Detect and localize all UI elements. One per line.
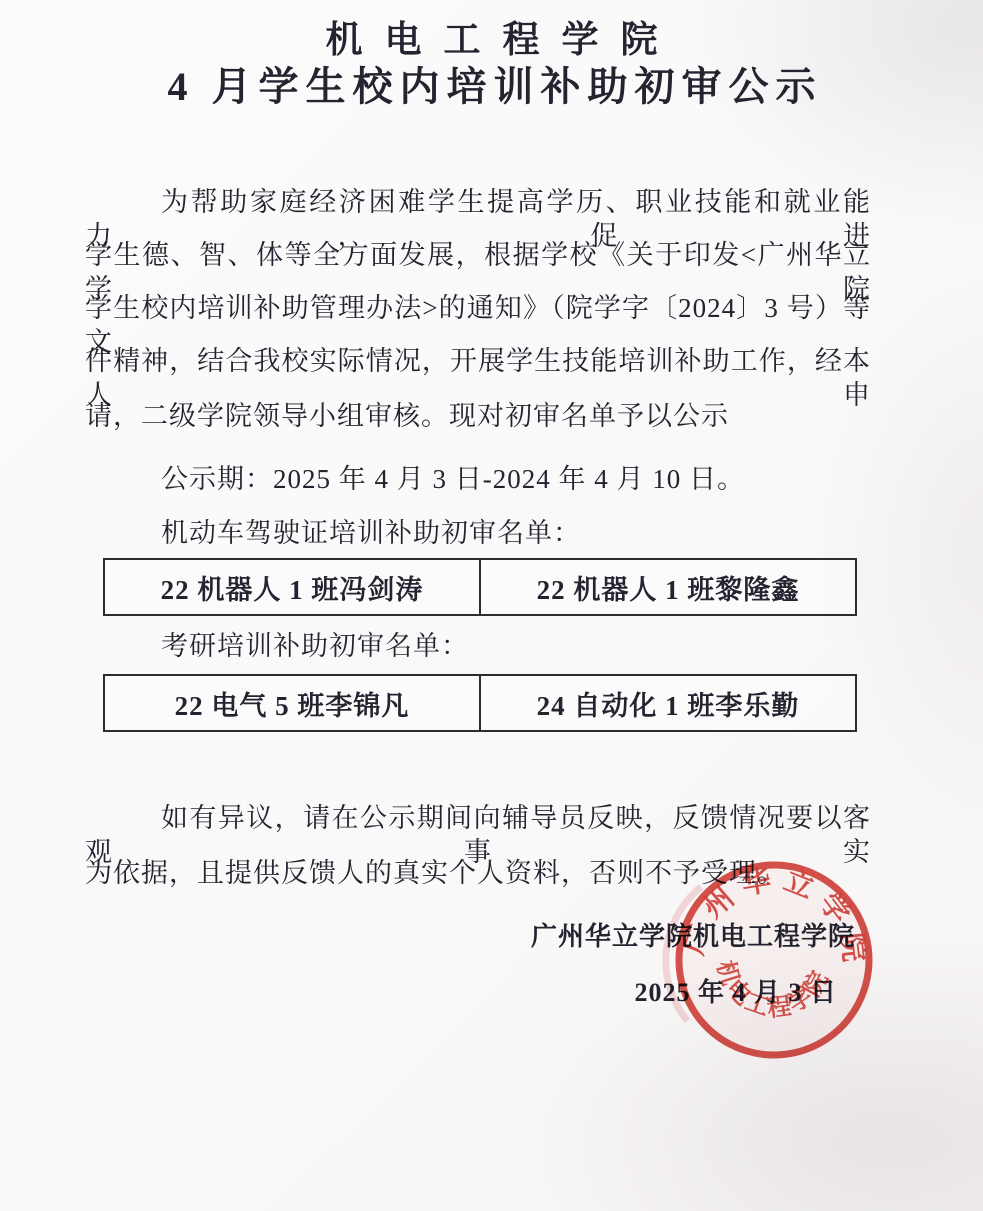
driving-list-heading: 机动车驾驶证培训补助初审名单： bbox=[85, 517, 871, 551]
driving-list-table: 22 机器人 1 班冯剑涛 22 机器人 1 班黎隆鑫 bbox=[103, 558, 857, 616]
table-cell: 22 机器人 1 班黎隆鑫 bbox=[481, 560, 855, 614]
kaoyan-list-heading: 考研培训补助初审名单： bbox=[85, 630, 871, 664]
table-cell: 22 机器人 1 班冯剑涛 bbox=[105, 560, 481, 614]
table-cell: 22 电气 5 班李锦凡 bbox=[105, 676, 481, 730]
table-cell: 24 自动化 1 班李乐勤 bbox=[481, 676, 855, 730]
document-title-main: 4 月学生校内培训补助初审公示 bbox=[0, 64, 983, 110]
notice-document: 机电工程学院 4 月学生校内培训补助初审公示 为帮助家庭经济困难学生提高学历、职… bbox=[0, 0, 983, 1211]
document-title-org: 机电工程学院 bbox=[0, 20, 983, 63]
paragraph-line: 请，二级学院领导小组审核。现对初审名单予以公示 bbox=[85, 400, 871, 434]
kaoyan-list-table: 22 电气 5 班李锦凡 24 自动化 1 班李乐勤 bbox=[103, 674, 857, 732]
publicity-period-line: 公示期：2025 年 4 月 3 日-2024 年 4 月 10 日。 bbox=[85, 463, 871, 497]
official-seal: 广州华立学院 机电工程学院 bbox=[642, 828, 906, 1092]
